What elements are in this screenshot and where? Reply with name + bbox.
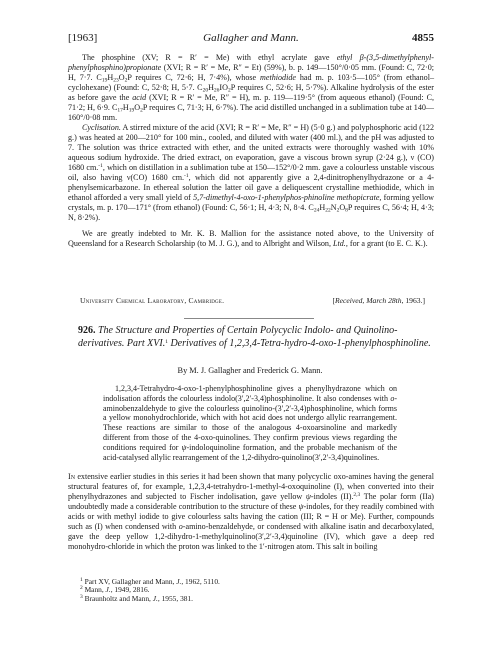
section-divider	[184, 318, 314, 319]
abstract: 1,2,3,4-Tetrahydro-4-oxo-1-phenylphosphi…	[103, 384, 397, 462]
journal-page: [1963] Gallagher and Mann. 4855 The phos…	[0, 0, 500, 655]
running-header: [1963] Gallagher and Mann. 4855	[68, 32, 434, 48]
paragraph-cyclisation: Cyclisation. A stirred mixture of the ac…	[68, 123, 434, 223]
body-paragraph: In extensive earlier studies in this ser…	[68, 472, 434, 552]
laboratory-address: University Chemical Laboratory, Cambridg…	[80, 296, 224, 305]
header-page-number: 4855	[412, 32, 434, 44]
cyclisation-heading: Cyclisation.	[82, 123, 121, 132]
footnote-3: 3 Braunholtz and Mann, J., 1955, 381.	[80, 595, 410, 603]
byline: By M. J. Gallagher and Frederick G. Mann…	[0, 366, 500, 375]
previous-article-text: The phosphine (XV; R = R′ = Me) with eth…	[68, 53, 434, 249]
header-authors: Gallagher and Mann.	[68, 32, 434, 44]
article-number: 926.	[78, 325, 96, 336]
paragraph-phosphine: The phosphine (XV; R = R′ = Me) with eth…	[68, 53, 434, 123]
footnotes: 1 Part XV, Gallagher and Mann, J., 1962,…	[80, 578, 410, 603]
article-body: In extensive earlier studies in this ser…	[68, 472, 434, 552]
acknowledgement: We are greatly indebted to Mr. K. B. Mal…	[68, 229, 434, 249]
article-title: 926. The Structure and Properties of Cer…	[78, 325, 434, 350]
received-date: [Received, March 28th, 1963.]	[332, 296, 425, 305]
